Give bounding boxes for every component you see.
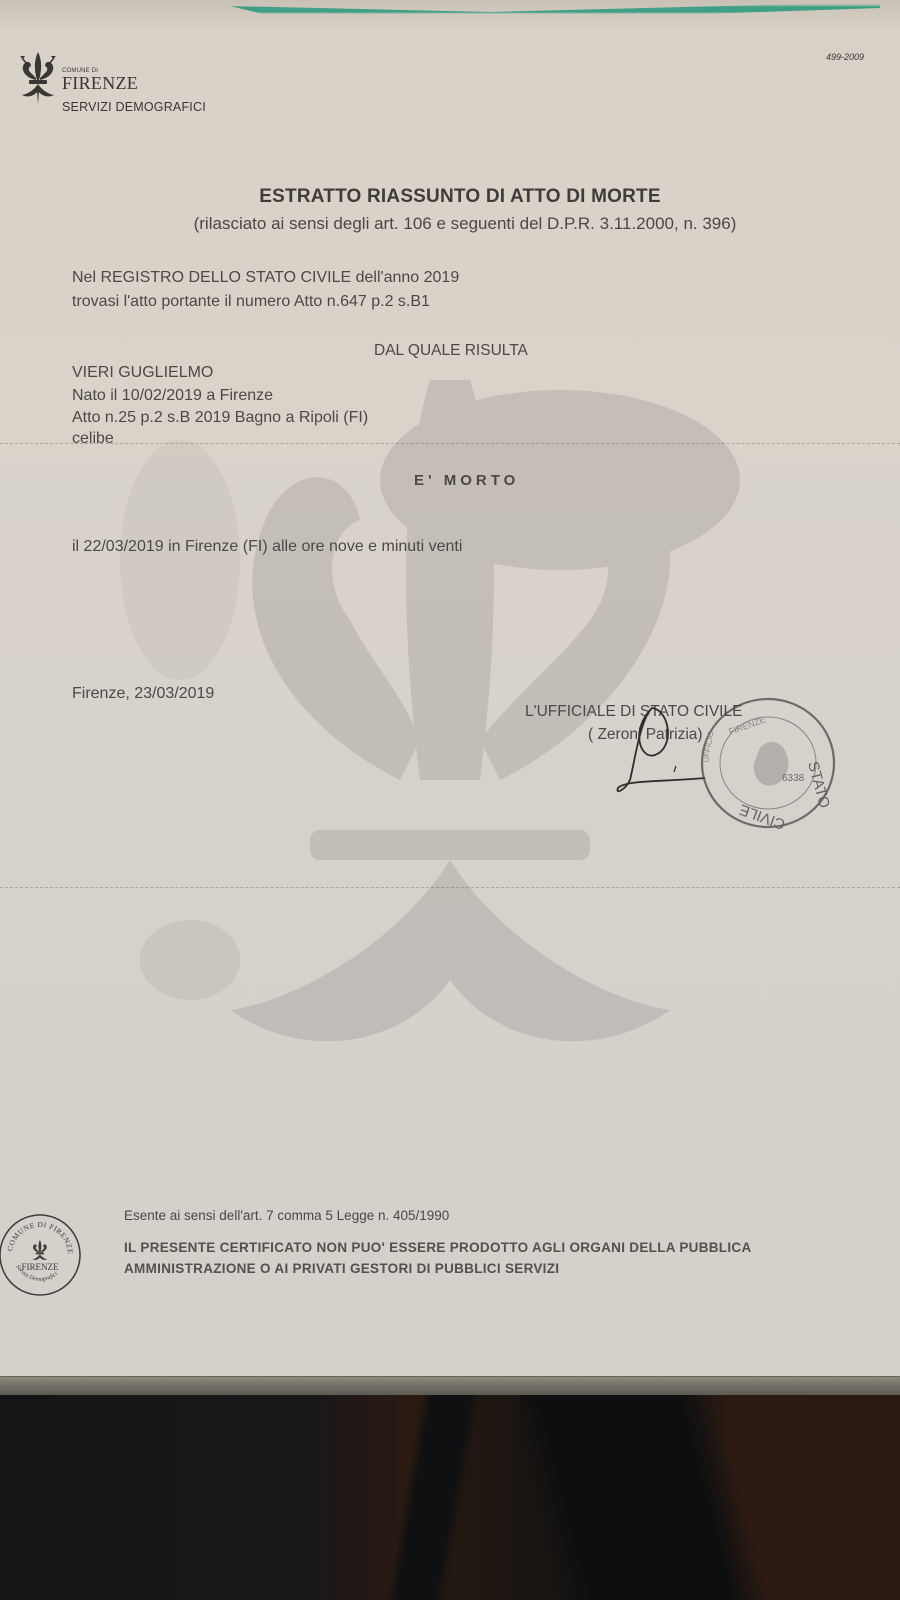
- document-code: 499-2009: [826, 52, 864, 62]
- paper-fold-line: [0, 443, 900, 444]
- death-details: il 22/03/2019 in Firenze (FI) alle ore n…: [72, 536, 462, 558]
- paper-bottom-edge: [0, 1376, 900, 1395]
- exemption-note: Esente ai sensi dell'art. 7 comma 5 Legg…: [124, 1208, 449, 1223]
- svg-text:FIRENZE: FIRENZE: [727, 714, 767, 737]
- registry-line-2: trovasi l'atto portante il numero Atto n…: [72, 291, 430, 313]
- table-backdrop: [0, 1365, 900, 1600]
- usage-warning-line-2: AMMINISTRAZIONE O AI PRIVATI GESTORI DI …: [124, 1258, 752, 1279]
- section-result-heading: DAL QUALE RISULTA: [374, 342, 528, 360]
- document-subtitle: (rilasciato ai sensi degli art. 106 e se…: [0, 214, 900, 234]
- svg-text:FIRENZE: FIRENZE: [22, 1262, 60, 1272]
- florentine-lily-icon: [16, 50, 60, 106]
- section-death-heading: E' MORTO: [414, 472, 519, 489]
- issue-place-date: Firenze, 23/03/2019: [72, 683, 214, 705]
- person-birth: Nato il 10/02/2019 a Firenze: [72, 385, 273, 407]
- person-marital-status: celibe: [72, 428, 114, 450]
- person-birth-act: Atto n.25 p.2 s.B 2019 Bagno a Ripoli (F…: [72, 407, 368, 429]
- svg-text:UFFICIO: UFFICIO: [701, 730, 715, 763]
- logo-city-name: FIRENZE: [62, 75, 138, 92]
- person-name: VIERI GUGLIELMO: [72, 362, 213, 384]
- usage-warning-line-1: IL PRESENTE CERTIFICATO NON PUO' ESSERE …: [124, 1237, 752, 1258]
- svg-text:CIVILE: CIVILE: [737, 801, 787, 833]
- document-title: ESTRATTO RIASSUNTO DI ATTO DI MORTE: [0, 186, 900, 208]
- svg-text:6338: 6338: [782, 773, 805, 784]
- logo-department: SERVIZI DEMOGRAFICI: [62, 100, 206, 114]
- usage-warning: IL PRESENTE CERTIFICATO NON PUO' ESSERE …: [124, 1237, 752, 1279]
- paper-fold-line: [0, 887, 900, 888]
- backdrop-fold: [330, 1365, 530, 1600]
- comune-firenze-logo: COMUNE DI FIRENZE SERVIZI DEMOGRAFICI: [16, 50, 138, 106]
- registry-line-1: Nel REGISTRO DELLO STATO CIVILE dell'ann…: [72, 267, 459, 289]
- death-certificate-document: COMUNE DI FIRENZE SERVIZI DEMOGRAFICI 49…: [0, 0, 900, 1380]
- comune-seal-icon: COMUNE DI FIRENZE Servizi Demografici FI…: [0, 1213, 84, 1297]
- svg-text:STATO: STATO: [804, 760, 833, 810]
- official-stamp-icon: STATO CIVILE 6338 FIRENZE UFFICIO: [690, 693, 840, 833]
- backdrop-fold: [520, 1365, 840, 1600]
